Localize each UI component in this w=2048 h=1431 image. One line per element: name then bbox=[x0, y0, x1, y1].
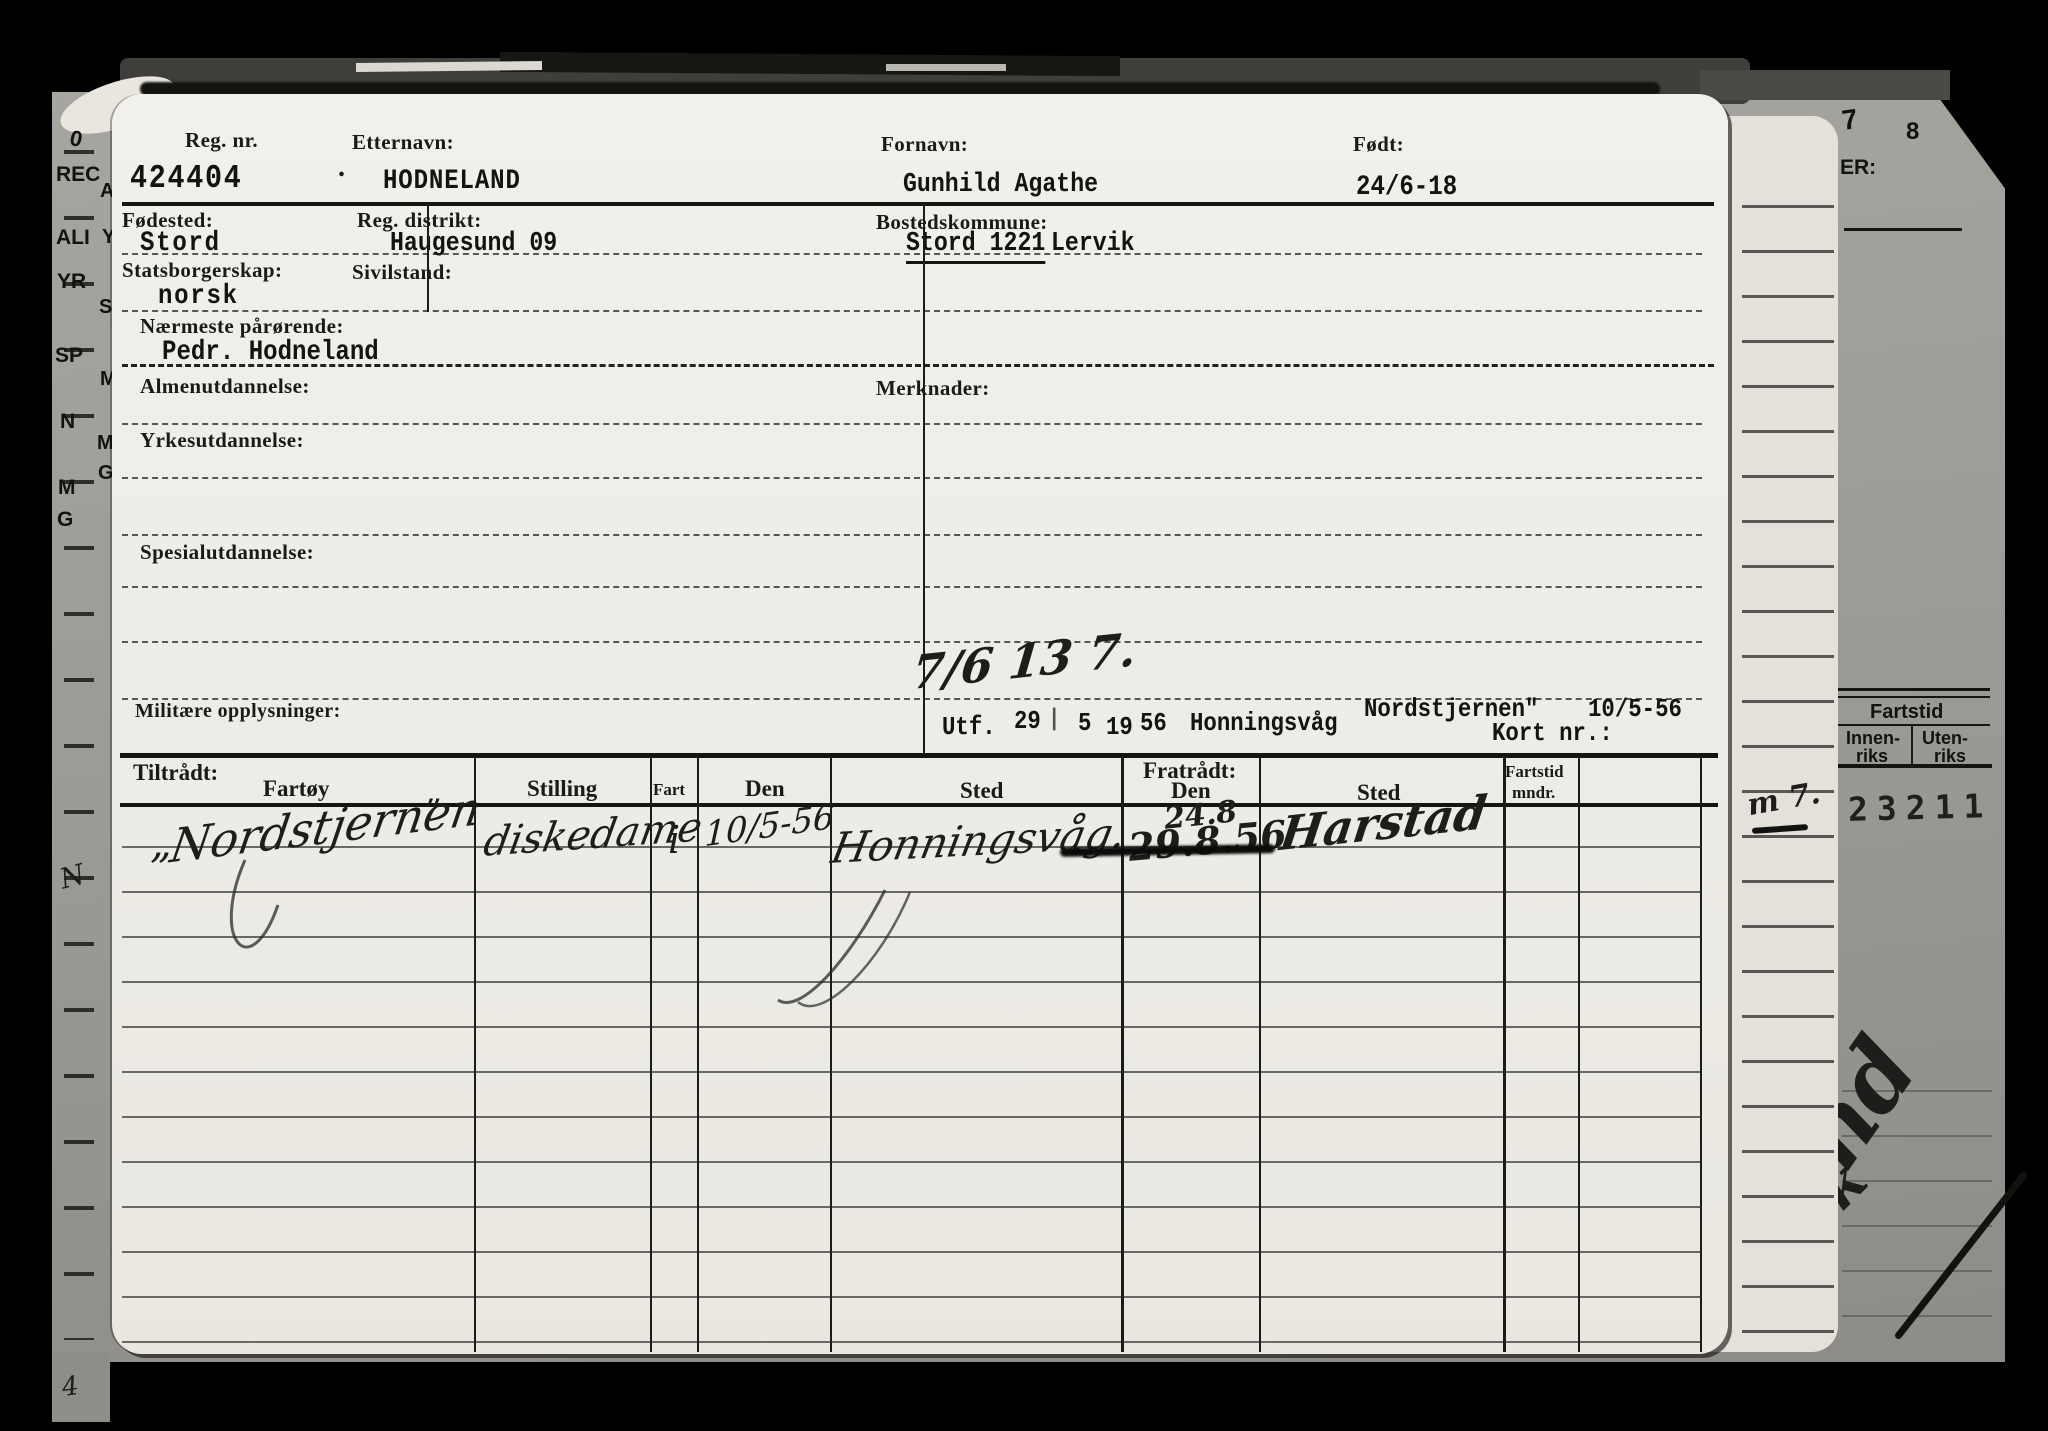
cell-divider bbox=[427, 204, 429, 312]
underlay-card-white-rule-ends bbox=[1742, 205, 1834, 1345]
fartstid-header: Fartstid bbox=[1870, 701, 1943, 724]
card-stack-edge-right bbox=[1700, 70, 1950, 100]
photo-scan: 0 REC ALI YR SP N M G A Y SI M MI GA N 4… bbox=[0, 0, 2048, 1431]
underlay-card-gray-bottom-tab bbox=[52, 1352, 110, 1422]
card-stack-edge-light2 bbox=[886, 64, 1006, 71]
page-number-8: 8 bbox=[1906, 118, 1919, 146]
utf-day: 29 bbox=[1014, 706, 1041, 736]
left-strip-tick-marks bbox=[64, 150, 94, 1340]
parorende-label: Nærmeste pårørende: bbox=[140, 314, 344, 339]
reg-nr-value: 424404 bbox=[130, 160, 243, 197]
fartstid-col-header: Fartstid bbox=[1505, 762, 1564, 782]
left-strip-letter: REC bbox=[56, 163, 100, 187]
header-underline bbox=[122, 202, 1714, 206]
etternavn-value: HODNELAND bbox=[383, 166, 521, 197]
utf-prefix: 19 bbox=[1106, 712, 1133, 742]
fornavn-value: Gunhild Agathe bbox=[903, 170, 1098, 200]
row1-close-quote: ” bbox=[424, 792, 441, 832]
left-strip-letter: ALI bbox=[56, 226, 90, 250]
rule-line bbox=[122, 423, 1702, 425]
reg-nr-label: Reg. nr. bbox=[185, 128, 258, 153]
etternavn-label: Etternavn: bbox=[352, 130, 454, 155]
stray-dot: . bbox=[338, 152, 345, 184]
underlay-rule bbox=[1844, 228, 1962, 231]
rule-line-heavy bbox=[122, 364, 1714, 367]
pen-flourish-strokes bbox=[150, 850, 1150, 1050]
left-strip-letter: YR bbox=[57, 270, 86, 294]
left-strip-letter: SP bbox=[55, 344, 83, 368]
statsborgerskap-label: Statsborgerskap: bbox=[122, 258, 282, 283]
rule-line bbox=[122, 310, 1702, 312]
fartoy-header: Fartøy bbox=[263, 776, 329, 802]
militare-label: Militære opplysninger: bbox=[135, 700, 341, 723]
fartstid-box-divider bbox=[1911, 726, 1913, 764]
fartstid-box-bottom-line bbox=[1836, 764, 1992, 768]
rule-line bbox=[122, 477, 1702, 479]
almenutdannelse-label: Almenutdannelse: bbox=[140, 374, 310, 399]
utf-month: 5 bbox=[1078, 708, 1091, 738]
fodt-value: 24/6-18 bbox=[1356, 172, 1457, 203]
fartstid-box-top-line2 bbox=[1838, 696, 1990, 698]
merknader-label: Merknader: bbox=[876, 376, 990, 401]
tiltradt-label: Tiltrådt: bbox=[133, 760, 218, 786]
left-strip-letter: N bbox=[60, 410, 75, 434]
yrkesutdannelse-label: Yrkesutdannelse: bbox=[140, 428, 304, 453]
fartstid-box-top-line bbox=[1838, 688, 1990, 691]
utf-label: Utf. bbox=[942, 712, 996, 742]
stilling-header: Stilling bbox=[527, 776, 597, 802]
sivilstand-label: Sivilstand: bbox=[352, 260, 452, 285]
left-bottom-pen-mark: 4 bbox=[60, 1371, 81, 1403]
fornavn-label: Fornavn: bbox=[881, 132, 968, 157]
sted-header: Sted bbox=[960, 778, 1003, 804]
spesialutdannelse-label: Spesialutdannelse: bbox=[140, 540, 314, 565]
kort-nr-label: Kort nr.: bbox=[1492, 718, 1613, 748]
den-header: Den bbox=[745, 776, 785, 802]
utf-tick: | bbox=[1048, 706, 1060, 733]
utf-year: 56 bbox=[1140, 708, 1167, 738]
rule-line bbox=[122, 253, 1702, 255]
left-strip-letter: M bbox=[58, 476, 76, 500]
utf-place: Honningsvåg bbox=[1190, 708, 1338, 738]
statsborgerskap-value: norsk bbox=[158, 281, 239, 312]
rule-line bbox=[122, 641, 1702, 643]
mndr-col-header: mndr. bbox=[1512, 783, 1555, 803]
bostedskommune-value: Stord 1221 bbox=[906, 229, 1045, 264]
rule-line bbox=[122, 534, 1702, 536]
stamp-number: 23211 bbox=[1848, 786, 1993, 829]
fodt-label: Født: bbox=[1353, 132, 1404, 157]
fartstid-box-mid-line bbox=[1838, 724, 1990, 726]
fart-header: Fart bbox=[653, 780, 685, 800]
er-label: ER: bbox=[1840, 156, 1876, 180]
table-top-line bbox=[120, 753, 1718, 758]
left-strip-letter: G bbox=[57, 508, 73, 532]
rule-line bbox=[122, 586, 1702, 588]
